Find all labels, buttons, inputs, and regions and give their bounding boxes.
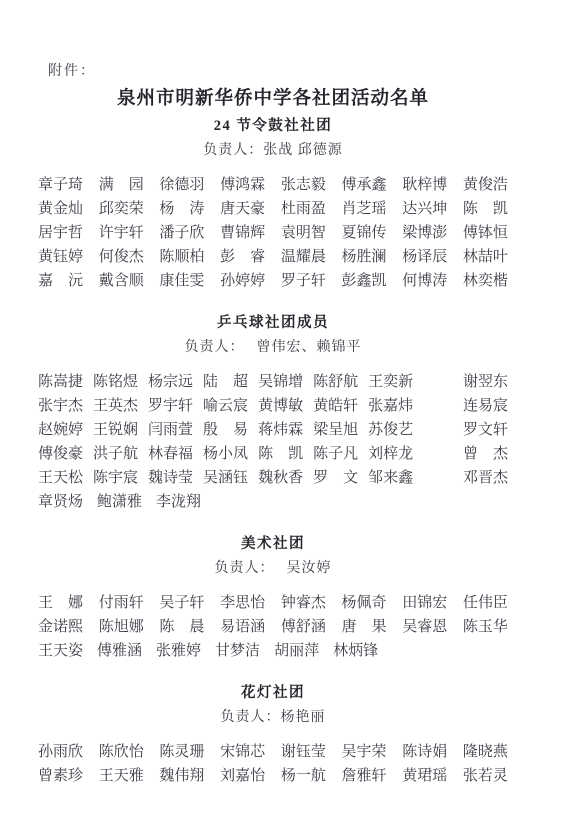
- member-name: 谢翌东: [463, 370, 508, 391]
- member-list: 陈嵩捷陈铭煜杨宗远陆 超吴锦增陈舒航王奕新谢翌东 张宇杰王英杰罗宇轩喻云宸黄博敏…: [38, 368, 508, 512]
- member-name: 李泷翔: [156, 490, 201, 511]
- member-name: 赵婉婷: [38, 418, 83, 439]
- member-name: 张宇杰: [38, 394, 83, 415]
- member-name: 黄皓轩: [313, 394, 358, 415]
- member-name: 傅俊豪: [38, 442, 83, 463]
- member-name: 黄金灿: [38, 197, 83, 218]
- member-name: 曹锦辉: [220, 221, 265, 242]
- member-name: 殷 易: [203, 418, 248, 439]
- leader-label: 负责人：: [221, 710, 281, 725]
- member-name: 杨宗远: [148, 370, 193, 391]
- member-name: 唐天豪: [220, 197, 265, 218]
- leader-label: 负责人：: [203, 143, 263, 158]
- member-name: 陈铭煜: [93, 370, 138, 391]
- leader-line: 负责人：曾伟宏、赖锦平: [38, 338, 508, 358]
- member-name: 杨 涛: [159, 197, 204, 218]
- member-name: 傅鸿霖: [220, 173, 265, 194]
- member-name: 达兴坤: [402, 197, 447, 218]
- document-title: 泉州市明新华侨中学各社团活动名单: [38, 86, 508, 112]
- member-name: 陈诗娟: [402, 740, 447, 761]
- member-name: 蒋炜霖: [258, 418, 303, 439]
- member-name: 甘梦洁: [215, 639, 260, 660]
- leader-names: 曾伟宏、赖锦平: [257, 340, 362, 355]
- member-name: 王锐娴: [93, 418, 138, 439]
- member-row: 章子琦满 园徐德羽傅鸿霖张志毅傅承鑫耿梓博黄俊浩: [38, 171, 508, 195]
- member-name: 曾素珍: [38, 764, 83, 785]
- member-name: 居宇哲: [38, 221, 83, 242]
- member-row: 黄钰婷何俊杰陈顺柏彭 睿温耀晨杨胜澜杨译辰林喆叶: [38, 243, 508, 267]
- member-name: 傅雅涵: [97, 639, 142, 660]
- member-name: 杨译辰: [402, 245, 447, 266]
- member-name: 陈玉华: [463, 615, 508, 636]
- member-name: 孙婷婷: [220, 269, 265, 290]
- member-name: 罗文轩: [463, 418, 508, 439]
- member-name: 黄俊浩: [463, 173, 508, 194]
- member-name: 梁呈旭: [313, 418, 358, 439]
- member-list: 章子琦满 园徐德羽傅鸿霖张志毅傅承鑫耿梓博黄俊浩 黄金灿邱奕荣杨 涛唐天豪杜雨盈…: [38, 171, 508, 291]
- member-name: 陆 超: [203, 370, 248, 391]
- leader-names: 杨艳丽: [281, 710, 326, 725]
- member-name: 徐德羽: [159, 173, 204, 194]
- member-name: 章贤炀: [38, 490, 83, 511]
- member-name: 苏俊艺: [368, 418, 413, 439]
- member-name: 洪子航: [93, 442, 138, 463]
- leader-line: 负责人：吴汝婷: [38, 559, 508, 579]
- member-name: 杜雨盈: [281, 197, 326, 218]
- member-row: 王天松陈宇宸魏诗莹吴涵钰魏秋香罗 文邹来鑫邓晋杰: [38, 464, 508, 488]
- section-table-tennis-club: 乒乓球社团成员 负责人：曾伟宏、赖锦平 陈嵩捷陈铭煜杨宗远陆 超吴锦增陈舒航王奕…: [38, 313, 508, 512]
- member-name: 袁明智: [281, 221, 326, 242]
- member-name: 陈宇宸: [93, 466, 138, 487]
- member-name: 傅承鑫: [342, 173, 387, 194]
- member-name: 黄珺瑶: [402, 764, 447, 785]
- member-name: 吴锦增: [258, 370, 303, 391]
- section-heading: 乒乓球社团成员: [38, 313, 508, 333]
- member-name: 陈舒航: [313, 370, 358, 391]
- section-heading: 24 节令鼓社社团: [38, 116, 508, 136]
- member-list: 孙雨欣陈欣怡陈灵珊宋锦芯谢钰莹吴宇荣陈诗娟隆晓燕 曾素珍王天雅魏伟翔刘嘉怡杨一航…: [38, 738, 508, 786]
- member-name: 耿梓博: [402, 173, 447, 194]
- member-row: 王 娜付雨轩吴子轩李思怡钟睿杰杨佩奇田锦宏任伟臣: [38, 589, 508, 613]
- member-row: 章贤炀鲍潇雅李泷翔: [38, 488, 508, 512]
- member-name: 林春福: [148, 442, 193, 463]
- leader-line: 负责人：杨艳丽: [38, 708, 508, 728]
- member-name: 王天姿: [38, 639, 83, 660]
- member-name: 曾 杰: [463, 442, 508, 463]
- section-heading: 花灯社团: [38, 683, 508, 703]
- member-name: 罗子轩: [281, 269, 326, 290]
- member-name: 章子琦: [38, 173, 83, 194]
- member-name: 温耀晨: [281, 245, 326, 266]
- member-name: 夏锦传: [342, 221, 387, 242]
- member-name: 陈 晨: [159, 615, 204, 636]
- member-name: 王英杰: [93, 394, 138, 415]
- leader-names: 张战 邱德源: [263, 143, 343, 158]
- member-name: 潘子欣: [159, 221, 204, 242]
- member-row: 陈嵩捷陈铭煜杨宗远陆 超吴锦增陈舒航王奕新谢翌东: [38, 368, 508, 392]
- member-name: 张雅婷: [156, 639, 201, 660]
- member-row: 傅俊豪洪子航林春福杨小凤陈 凯陈子凡刘梓龙曾 杰: [38, 440, 508, 464]
- section-art-club: 美术社团 负责人：吴汝婷 王 娜付雨轩吴子轩李思怡钟睿杰杨佩奇田锦宏任伟臣 金诺…: [38, 534, 508, 661]
- member-name: 罗宇轩: [148, 394, 193, 415]
- member-name: 王天松: [38, 466, 83, 487]
- member-name: 杨一航: [281, 764, 326, 785]
- member-name: 林炳锋: [333, 639, 378, 660]
- member-name: 傅舒涵: [281, 615, 326, 636]
- member-name: 吴涵钰: [203, 466, 248, 487]
- member-name: 易语涵: [220, 615, 265, 636]
- member-name: 黄博敏: [258, 394, 303, 415]
- member-name: 胡丽萍: [274, 639, 319, 660]
- member-name: 张志毅: [281, 173, 326, 194]
- member-name: 林奕楷: [463, 269, 508, 290]
- member-name: 钟睿杰: [281, 591, 326, 612]
- member-name: 戴含顺: [99, 269, 144, 290]
- member-list: 王 娜付雨轩吴子轩李思怡钟睿杰杨佩奇田锦宏任伟臣 金诺熙陈旭娜陈 晨易语涵傅舒涵…: [38, 589, 508, 661]
- leader-line: 负责人：张战 邱德源: [38, 141, 508, 161]
- member-name: 魏秋香: [258, 466, 303, 487]
- leader-label: 负责人：: [185, 340, 245, 355]
- member-name: 陈 凯: [463, 197, 508, 218]
- member-name: 杨小凤: [203, 442, 248, 463]
- member-name: 陈灵珊: [159, 740, 204, 761]
- member-name: 彭鑫凯: [342, 269, 387, 290]
- member-name: 彭 睿: [220, 245, 265, 266]
- member-name: 杨佩奇: [342, 591, 387, 612]
- member-name: 喻云宸: [203, 394, 248, 415]
- member-name: 满 园: [99, 173, 144, 194]
- member-name: 王 娜: [38, 591, 83, 612]
- member-row: 王天姿傅雅涵张雅婷甘梦洁胡丽萍林炳锋: [38, 637, 508, 661]
- member-name: 邓晋杰: [463, 466, 508, 487]
- member-name: 连易宸: [463, 394, 508, 415]
- member-name: 邱奕荣: [99, 197, 144, 218]
- member-row: 金诺熙陈旭娜陈 晨易语涵傅舒涵唐 果吴睿恩陈玉华: [38, 613, 508, 637]
- member-name: 林喆叶: [463, 245, 508, 266]
- member-name: 王天雅: [99, 764, 144, 785]
- member-name: 陈嵩捷: [38, 370, 83, 391]
- member-name: 魏诗莹: [148, 466, 193, 487]
- member-name: 金诺熙: [38, 615, 83, 636]
- member-name: 张嘉炜: [368, 394, 413, 415]
- member-name: 王奕新: [368, 370, 413, 391]
- member-name: 陈子凡: [313, 442, 358, 463]
- member-name: 闫雨萱: [148, 418, 193, 439]
- member-name: 唐 果: [342, 615, 387, 636]
- member-row: 赵婉婷王锐娴闫雨萱殷 易蒋炜霖梁呈旭苏俊艺罗文轩: [38, 416, 508, 440]
- member-name: 谢钰莹: [281, 740, 326, 761]
- section-lantern-club: 花灯社团 负责人：杨艳丽 孙雨欣陈欣怡陈灵珊宋锦芯谢钰莹吴宇荣陈诗娟隆晓燕 曾素…: [38, 683, 508, 786]
- member-name: 刘嘉怡: [220, 764, 265, 785]
- member-name: 何博涛: [402, 269, 447, 290]
- member-name: 何俊杰: [99, 245, 144, 266]
- member-name: 陈欣怡: [99, 740, 144, 761]
- member-name: 田锦宏: [402, 591, 447, 612]
- member-name: 梁博澎: [402, 221, 447, 242]
- member-name: 吴睿恩: [402, 615, 447, 636]
- member-name: 魏伟翔: [159, 764, 204, 785]
- member-name: 肖芝瑶: [342, 197, 387, 218]
- member-name: 刘梓龙: [368, 442, 413, 463]
- member-name: 陈顺柏: [159, 245, 204, 266]
- member-name: 孙雨欣: [38, 740, 83, 761]
- member-name: 吴子轩: [159, 591, 204, 612]
- attachment-label: 附件：: [38, 62, 508, 82]
- document-page: 附件： 泉州市明新华侨中学各社团活动名单 24 节令鼓社社团 负责人：张战 邱德…: [38, 0, 508, 786]
- member-name: 黄钰婷: [38, 245, 83, 266]
- section-drum-club: 24 节令鼓社社团 负责人：张战 邱德源 章子琦满 园徐德羽傅鸿霖张志毅傅承鑫耿…: [38, 116, 508, 291]
- member-row: 孙雨欣陈欣怡陈灵珊宋锦芯谢钰莹吴宇荣陈诗娟隆晓燕: [38, 738, 508, 762]
- member-name: 宋锦芯: [220, 740, 265, 761]
- member-name: 陈 凯: [258, 442, 303, 463]
- member-name: 隆晓燕: [463, 740, 508, 761]
- member-name: 鲍潇雅: [97, 490, 142, 511]
- member-row: 黄金灿邱奕荣杨 涛唐天豪杜雨盈肖芝瑶达兴坤陈 凯: [38, 195, 508, 219]
- member-row: 曾素珍王天雅魏伟翔刘嘉怡杨一航詹雅轩黄珺瑶张若灵: [38, 762, 508, 786]
- member-name: 邹来鑫: [368, 466, 413, 487]
- member-name: 傅钵恒: [463, 221, 508, 242]
- member-row: 嘉 沅戴含顺康佳雯孙婷婷罗子轩彭鑫凯何博涛林奕楷: [38, 267, 508, 291]
- member-name: 罗 文: [313, 466, 358, 487]
- member-name: 张若灵: [463, 764, 508, 785]
- member-row: 居宇哲许宇轩潘子欣曹锦辉袁明智夏锦传梁博澎傅钵恒: [38, 219, 508, 243]
- member-name: 陈旭娜: [99, 615, 144, 636]
- leader-label: 负责人：: [215, 561, 275, 576]
- member-name: 嘉 沅: [38, 269, 83, 290]
- leader-names: 吴汝婷: [287, 561, 332, 576]
- member-name: 许宇轩: [99, 221, 144, 242]
- member-name: 任伟臣: [463, 591, 508, 612]
- member-name: 詹雅轩: [342, 764, 387, 785]
- member-row: 张宇杰王英杰罗宇轩喻云宸黄博敏黄皓轩张嘉炜连易宸: [38, 392, 508, 416]
- member-name: 付雨轩: [99, 591, 144, 612]
- section-heading: 美术社团: [38, 534, 508, 554]
- member-name: 吴宇荣: [342, 740, 387, 761]
- member-name: 康佳雯: [159, 269, 204, 290]
- member-name: 杨胜澜: [342, 245, 387, 266]
- member-name: 李思怡: [220, 591, 265, 612]
